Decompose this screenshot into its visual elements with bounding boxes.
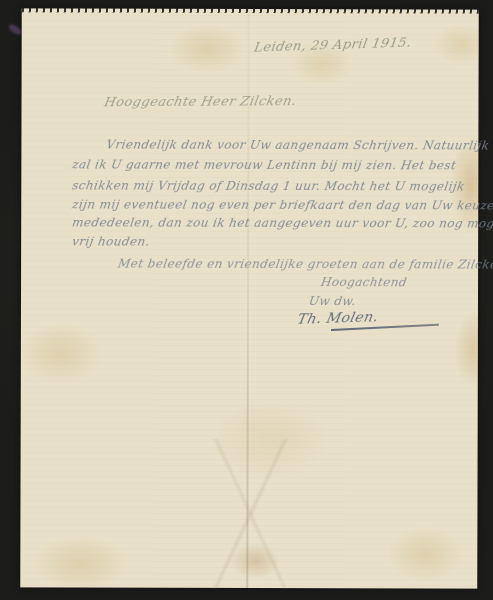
closing-line: Hoogachtend [320,275,408,289]
handwriting-line: zijn mij eventueel nog even per briefkaa… [71,198,493,213]
handwriting-line: Vriendelijk dank voor Uw aangenaam Schri… [105,138,490,153]
handwriting-line: schikken mij Vrijdag of Dinsdag 1 uur. M… [71,179,466,194]
signature-line: Th. Molen. [296,309,380,328]
handwriting-line: mededeelen, dan zou ik het aangegeven uu… [71,216,493,231]
salutation-line: Hooggeachte Heer Zilcken. [103,94,298,110]
closing-line-2: Uw dw. [308,294,357,308]
letter-photograph: Leiden, 29 April 1915. Hooggeachte Heer … [0,0,493,600]
handwriting-line: zal ik U gaarne met mevrouw Lentinn bij … [71,158,457,173]
letter-paper: Leiden, 29 April 1915. Hooggeachte Heer … [20,8,479,588]
perforated-edge [22,7,479,13]
date-line: Leiden, 29 April 1915. [253,36,413,56]
fold-wrinkles [190,439,310,589]
regards-line: Met beleefde en vriendelijke groeten aan… [117,257,493,272]
handwriting-line: vrij houden. [71,235,151,249]
ink-smudge [7,23,22,37]
